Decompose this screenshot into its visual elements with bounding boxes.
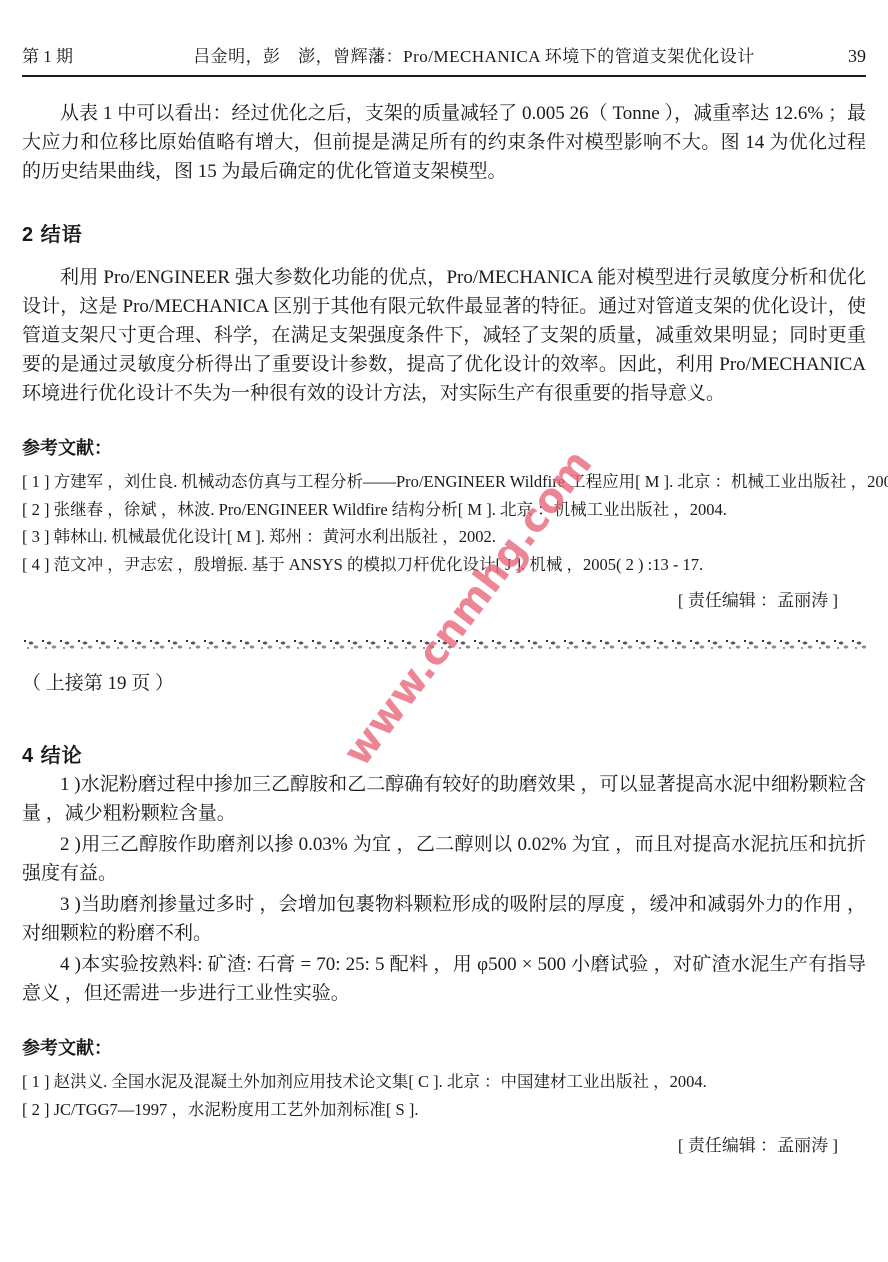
reference-item: [ 3 ] 韩林山. 机械最优化设计[ M ]. 郑州 ：黄河水利出版社 ，20…: [22, 523, 866, 551]
page-header: 第 1 期 吕金明，彭 澎，曾辉藩：Pro/MECHANICA 环境下的管道支架…: [22, 0, 866, 77]
continued-from-note: （ 上接第 19 页 ）: [22, 668, 866, 695]
page-number: 39: [806, 46, 866, 67]
conclusion-item: 4 )本实验按熟料: 矿渣: 石膏 = 70: 25: 5 配料 ，用 φ500…: [22, 950, 866, 1008]
article1-paragraph-1: 从表 1 中可以看出：经过优化之后，支架的质量减轻了 0.005 26（ Ton…: [22, 99, 866, 186]
reference-item: [ 1 ] 方建军 ，刘仕良. 机械动态仿真与工程分析——Pro/ENGINEE…: [22, 468, 866, 496]
conclusion-item: 1 )水泥粉磨过程中掺加三乙醇胺和乙二醇确有较好的助磨效果 ，可以显著提高水泥中…: [22, 770, 866, 828]
conclusion-item: 2 )用三乙醇胺作助磨剂以掺 0.03% 为宜 ，乙二醇则以 0.02% 为宜 …: [22, 830, 866, 888]
reference-item: [ 4 ] 范文冲 ，尹志宏 ，殷增振. 基于 ANSYS 的模拟刀杆优化设计[…: [22, 551, 866, 579]
article1-editor-credit: [ 责任编辑 ：孟丽涛 ]: [22, 586, 866, 611]
article1-section-heading: 2 结语: [22, 218, 866, 247]
reference-item: [ 2 ] 张继春 ，徐斌 ，林波. Pro/ENGINEER Wildfire…: [22, 496, 866, 524]
article1-paragraph-2: 利用 Pro/ENGINEER 强大参数化功能的优点，Pro/MECHANICA…: [22, 263, 866, 408]
issue-label: 第 1 期: [22, 42, 142, 67]
journal-page: 第 1 期 吕金明，彭 澎，曾辉藩：Pro/MECHANICA 环境下的管道支架…: [0, 0, 888, 1262]
article2-section-heading: 4 结论: [22, 739, 866, 768]
article1-references-label: 参考文献：: [22, 434, 866, 460]
running-title: 吕金明，彭 澎，曾辉藩：Pro/MECHANICA 环境下的管道支架优化设计: [142, 42, 806, 67]
article1-references-list: [ 1 ] 方建军 ，刘仕良. 机械动态仿真与工程分析——Pro/ENGINEE…: [22, 468, 866, 578]
article2-references-list: [ 1 ] 赵洪义. 全国水泥及混凝土外加剂应用技术论文集[ C ]. 北京 ：…: [22, 1068, 866, 1123]
article2-editor-credit: [ 责任编辑 ：孟丽涛 ]: [22, 1131, 866, 1156]
reference-item: [ 1 ] 赵洪义. 全国水泥及混凝土外加剂应用技术论文集[ C ]. 北京 ：…: [22, 1068, 866, 1096]
ornament-divider: [22, 637, 866, 652]
article2-references-label: 参考文献：: [22, 1034, 866, 1060]
reference-item: [ 2 ] JC/TGG7—1997 ，水泥粉度用工艺外加剂标准[ S ].: [22, 1096, 866, 1124]
conclusion-item: 3 )当助磨剂掺量过多时 ，会增加包裹物料颗粒形成的吸附层的厚度 ，缓冲和减弱外…: [22, 890, 866, 948]
